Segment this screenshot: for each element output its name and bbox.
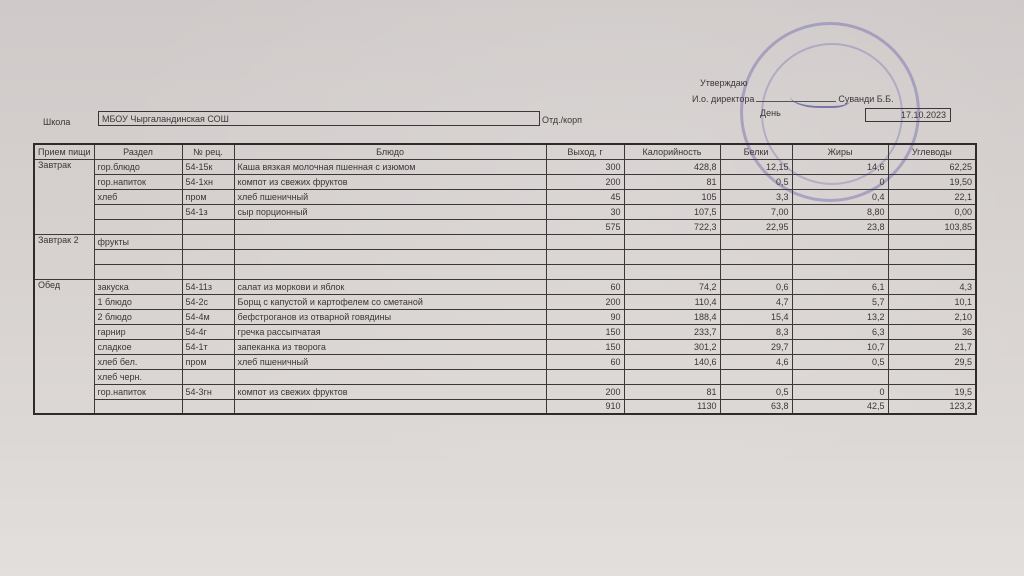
- director-label: И.о. директора: [692, 94, 754, 104]
- fat-cell: 23,8: [792, 219, 888, 234]
- table-row: 910113063,842,5123,2: [34, 399, 976, 414]
- protein-cell: 22,95: [720, 219, 792, 234]
- recipe-no-cell: пром: [182, 354, 234, 369]
- section-cell: гор.напиток: [94, 384, 182, 399]
- calories-cell: 140,6: [624, 354, 720, 369]
- table-row: [34, 264, 976, 279]
- director-line: И.о. директораСуванди Б.Б.: [692, 93, 894, 104]
- menu-table: Прием пищи Раздел № рец. Блюдо Выход, г …: [33, 143, 977, 415]
- recipe-no-cell: пром: [182, 189, 234, 204]
- calories-cell: [624, 249, 720, 264]
- dish-cell: компот из свежих фруктов: [234, 384, 546, 399]
- recipe-no-cell: 54-1з: [182, 204, 234, 219]
- section-cell: гарнир: [94, 324, 182, 339]
- header-meal: Прием пищи: [34, 144, 94, 159]
- dish-cell: бефстроганов из отварной говядины: [234, 309, 546, 324]
- protein-cell: 15,4: [720, 309, 792, 324]
- yield-cell: [546, 369, 624, 384]
- recipe-no-cell: 54-15к: [182, 159, 234, 174]
- calories-cell: 722,3: [624, 219, 720, 234]
- protein-cell: 0,5: [720, 174, 792, 189]
- protein-cell: [720, 234, 792, 249]
- carbs-cell: 10,1: [888, 294, 976, 309]
- meal-cell: Завтрак: [34, 159, 94, 234]
- fat-cell: 5,7: [792, 294, 888, 309]
- table-row: гор.напиток54-1хнкомпот из свежих фрукто…: [34, 174, 976, 189]
- dish-cell: компот из свежих фруктов: [234, 174, 546, 189]
- calories-cell: [624, 369, 720, 384]
- section-cell: хлеб: [94, 189, 182, 204]
- recipe-no-cell: 54-4г: [182, 324, 234, 339]
- dish-cell: салат из моркови и яблок: [234, 279, 546, 294]
- calories-cell: 301,2: [624, 339, 720, 354]
- carbs-cell: 22,1: [888, 189, 976, 204]
- carbs-cell: 29,5: [888, 354, 976, 369]
- section-cell: [94, 219, 182, 234]
- dish-cell: [234, 249, 546, 264]
- header-section: Раздел: [94, 144, 182, 159]
- header-carbs: Углеводы: [888, 144, 976, 159]
- protein-cell: 4,7: [720, 294, 792, 309]
- carbs-cell: [888, 369, 976, 384]
- section-cell: фрукты: [94, 234, 182, 249]
- fat-cell: 10,7: [792, 339, 888, 354]
- school-label: Школа: [43, 117, 70, 127]
- carbs-cell: 19,50: [888, 174, 976, 189]
- date-field: 17.10.2023: [865, 108, 951, 122]
- recipe-no-cell: [182, 234, 234, 249]
- carbs-cell: 123,2: [888, 399, 976, 414]
- calories-cell: 81: [624, 174, 720, 189]
- yield-cell: 150: [546, 324, 624, 339]
- dish-cell: [234, 234, 546, 249]
- header-dish: Блюдо: [234, 144, 546, 159]
- fat-cell: [792, 264, 888, 279]
- section-cell: хлеб бел.: [94, 354, 182, 369]
- fat-cell: [792, 369, 888, 384]
- recipe-no-cell: [182, 219, 234, 234]
- dish-cell: [234, 369, 546, 384]
- table-row: [34, 249, 976, 264]
- table-row: 2 блюдо54-4мбефстроганов из отварной гов…: [34, 309, 976, 324]
- yield-cell: [546, 249, 624, 264]
- table-row: 575722,322,9523,8103,85: [34, 219, 976, 234]
- fat-cell: 42,5: [792, 399, 888, 414]
- section-cell: 2 блюдо: [94, 309, 182, 324]
- calories-cell: 74,2: [624, 279, 720, 294]
- yield-cell: 200: [546, 294, 624, 309]
- yield-cell: [546, 264, 624, 279]
- calories-cell: 1130: [624, 399, 720, 414]
- director-name: Суванди Б.Б.: [838, 94, 893, 104]
- yield-cell: 60: [546, 354, 624, 369]
- fat-cell: 6,1: [792, 279, 888, 294]
- section-cell: [94, 249, 182, 264]
- carbs-cell: 19,5: [888, 384, 976, 399]
- header-recipe-no: № рец.: [182, 144, 234, 159]
- calories-cell: [624, 264, 720, 279]
- recipe-no-cell: [182, 249, 234, 264]
- yield-cell: 30: [546, 204, 624, 219]
- protein-cell: 7,00: [720, 204, 792, 219]
- dish-cell: [234, 399, 546, 414]
- recipe-no-cell: 54-3гн: [182, 384, 234, 399]
- section-cell: закуска: [94, 279, 182, 294]
- fat-cell: 0: [792, 384, 888, 399]
- calories-cell: 110,4: [624, 294, 720, 309]
- table-row: Завтрак 2фрукты: [34, 234, 976, 249]
- fat-cell: 14,6: [792, 159, 888, 174]
- header-yield: Выход, г: [546, 144, 624, 159]
- yield-cell: 910: [546, 399, 624, 414]
- section-cell: [94, 264, 182, 279]
- table-row: сладкое54-1тзапеканка из творога150301,2…: [34, 339, 976, 354]
- table-row: Завтракгор.блюдо54-15кКаша вязкая молочн…: [34, 159, 976, 174]
- protein-cell: [720, 369, 792, 384]
- dish-cell: Каша вязкая молочная пшенная с изюмом: [234, 159, 546, 174]
- yield-cell: 575: [546, 219, 624, 234]
- section-cell: гор.напиток: [94, 174, 182, 189]
- dish-cell: Борщ с капустой и картофелем со сметаной: [234, 294, 546, 309]
- calories-cell: 428,8: [624, 159, 720, 174]
- table-row: гарнир54-4ггречка рассыпчатая150233,78,3…: [34, 324, 976, 339]
- calories-cell: 107,5: [624, 204, 720, 219]
- yield-cell: 90: [546, 309, 624, 324]
- section-cell: гор.блюдо: [94, 159, 182, 174]
- calories-cell: [624, 234, 720, 249]
- recipe-no-cell: [182, 264, 234, 279]
- fat-cell: 0,5: [792, 354, 888, 369]
- carbs-cell: 36: [888, 324, 976, 339]
- table-row: хлебпромхлеб пшеничный451053,30,422,1: [34, 189, 976, 204]
- carbs-cell: [888, 234, 976, 249]
- section-cell: хлеб черн.: [94, 369, 182, 384]
- calories-cell: 233,7: [624, 324, 720, 339]
- header-protein: Белки: [720, 144, 792, 159]
- yield-cell: 200: [546, 174, 624, 189]
- fat-cell: 8,80: [792, 204, 888, 219]
- table-row: 54-1зсыр порционный30107,57,008,800,00: [34, 204, 976, 219]
- table-row: гор.напиток54-3гнкомпот из свежих фрукто…: [34, 384, 976, 399]
- recipe-no-cell: 54-2с: [182, 294, 234, 309]
- fat-cell: 6,3: [792, 324, 888, 339]
- dish-cell: сыр порционный: [234, 204, 546, 219]
- dish-cell: хлеб пшеничный: [234, 189, 546, 204]
- fat-cell: 0,4: [792, 189, 888, 204]
- menu-table-body: Завтракгор.блюдо54-15кКаша вязкая молочн…: [34, 159, 976, 414]
- yield-cell: [546, 234, 624, 249]
- calories-cell: 188,4: [624, 309, 720, 324]
- fat-cell: [792, 234, 888, 249]
- fat-cell: [792, 249, 888, 264]
- recipe-no-cell: [182, 369, 234, 384]
- yield-cell: 150: [546, 339, 624, 354]
- calories-cell: 81: [624, 384, 720, 399]
- dish-cell: [234, 219, 546, 234]
- protein-cell: 12,15: [720, 159, 792, 174]
- carbs-cell: [888, 249, 976, 264]
- table-row: хлеб черн.: [34, 369, 976, 384]
- protein-cell: 29,7: [720, 339, 792, 354]
- fat-cell: 0: [792, 174, 888, 189]
- protein-cell: [720, 264, 792, 279]
- yield-cell: 300: [546, 159, 624, 174]
- table-row: хлеб бел.промхлеб пшеничный60140,64,60,5…: [34, 354, 976, 369]
- meal-cell: Обед: [34, 279, 94, 414]
- table-header-row: Прием пищи Раздел № рец. Блюдо Выход, г …: [34, 144, 976, 159]
- carbs-cell: 62,25: [888, 159, 976, 174]
- dept-label: Отд./корп: [542, 115, 582, 125]
- yield-cell: 200: [546, 384, 624, 399]
- approved-label: Утверждаю: [700, 78, 748, 88]
- carbs-cell: 21,7: [888, 339, 976, 354]
- table-row: Обедзакуска54-11зсалат из моркови и ябло…: [34, 279, 976, 294]
- yield-cell: 45: [546, 189, 624, 204]
- recipe-no-cell: 54-11з: [182, 279, 234, 294]
- day-label: День: [760, 108, 781, 118]
- protein-cell: [720, 249, 792, 264]
- meal-cell: Завтрак 2: [34, 234, 94, 279]
- dish-cell: гречка рассыпчатая: [234, 324, 546, 339]
- carbs-cell: 4,3: [888, 279, 976, 294]
- protein-cell: 8,3: [720, 324, 792, 339]
- header-calories: Калорийность: [624, 144, 720, 159]
- recipe-no-cell: 54-1т: [182, 339, 234, 354]
- yield-cell: 60: [546, 279, 624, 294]
- recipe-no-cell: 54-4м: [182, 309, 234, 324]
- carbs-cell: 103,85: [888, 219, 976, 234]
- protein-cell: 3,3: [720, 189, 792, 204]
- dish-cell: запеканка из творога: [234, 339, 546, 354]
- section-cell: 1 блюдо: [94, 294, 182, 309]
- recipe-no-cell: 54-1хн: [182, 174, 234, 189]
- fat-cell: 13,2: [792, 309, 888, 324]
- signature-line: [756, 93, 836, 102]
- protein-cell: 4,6: [720, 354, 792, 369]
- calories-cell: 105: [624, 189, 720, 204]
- protein-cell: 0,5: [720, 384, 792, 399]
- table-row: 1 блюдо54-2сБорщ с капустой и картофелем…: [34, 294, 976, 309]
- school-name-field: МБОУ Чыргаландинская СОШ: [98, 111, 540, 126]
- header-fat: Жиры: [792, 144, 888, 159]
- section-cell: [94, 399, 182, 414]
- carbs-cell: 0,00: [888, 204, 976, 219]
- protein-cell: 0,6: [720, 279, 792, 294]
- carbs-cell: 2,10: [888, 309, 976, 324]
- section-cell: [94, 204, 182, 219]
- section-cell: сладкое: [94, 339, 182, 354]
- dish-cell: [234, 264, 546, 279]
- dish-cell: хлеб пшеничный: [234, 354, 546, 369]
- carbs-cell: [888, 264, 976, 279]
- recipe-no-cell: [182, 399, 234, 414]
- protein-cell: 63,8: [720, 399, 792, 414]
